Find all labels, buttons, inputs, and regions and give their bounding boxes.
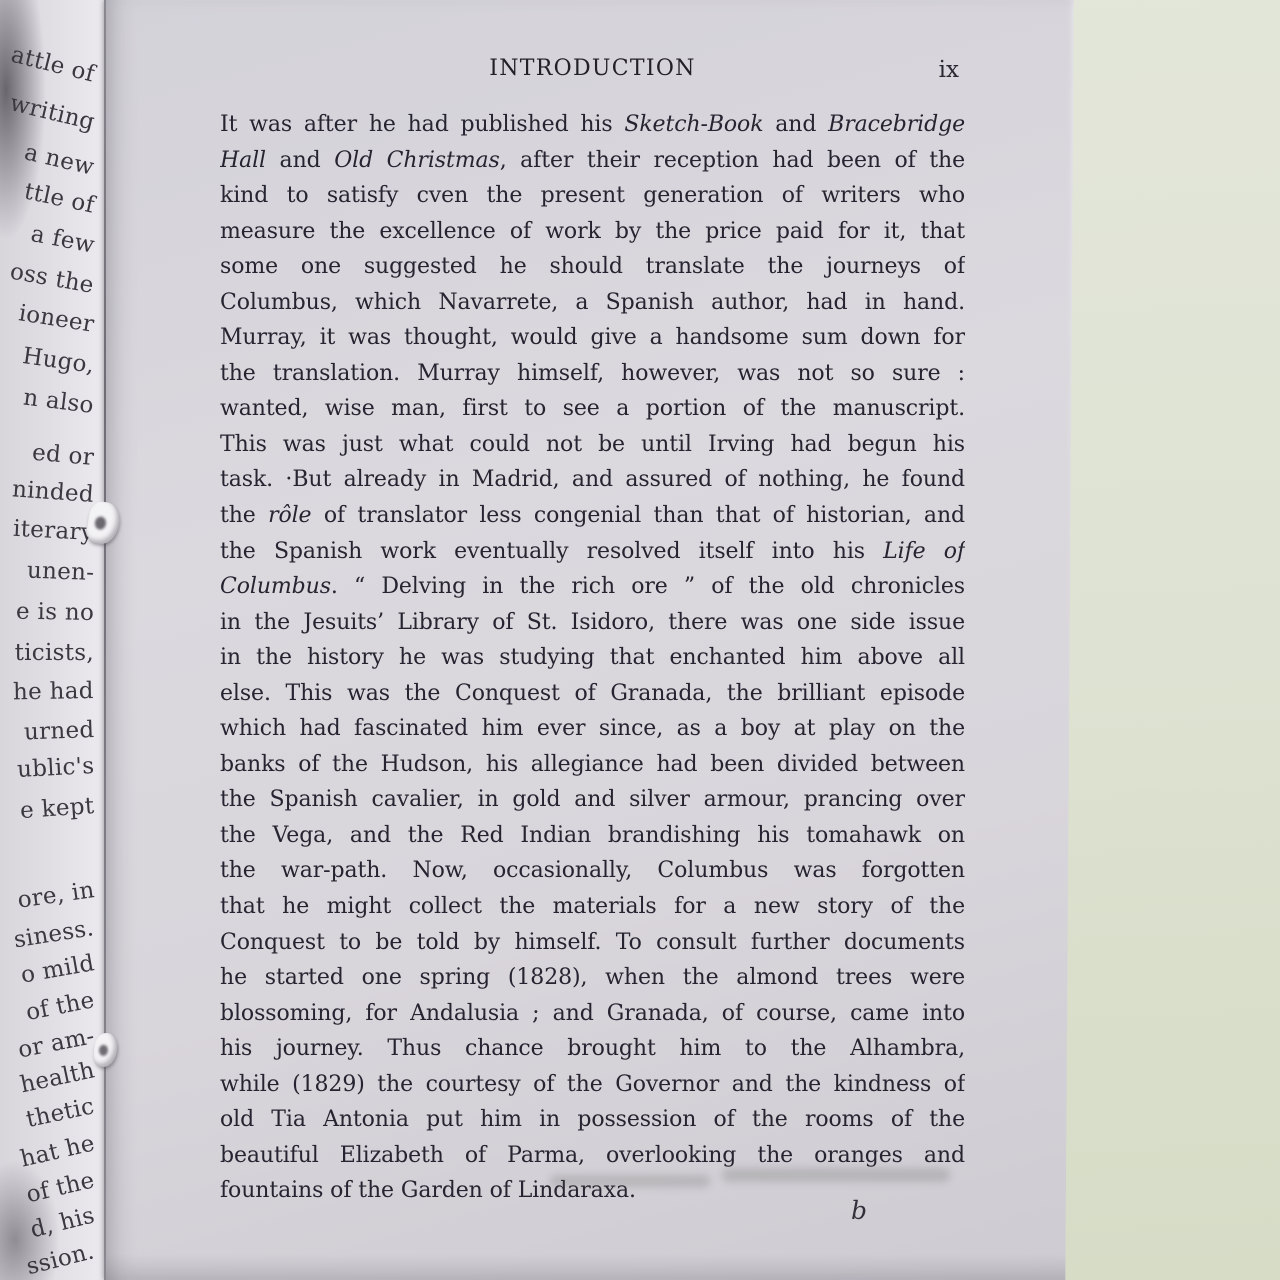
- page-number: ix: [939, 57, 959, 83]
- page-fragment: unen-: [26, 558, 94, 586]
- text-line: in the Jesuits’ Library of St. Isidoro, …: [220, 605, 965, 641]
- page-title: INTRODUCTION: [220, 56, 965, 81]
- text-line: This was just what could not be until Ir…: [220, 427, 965, 463]
- page-fragment: or am-: [16, 1023, 97, 1063]
- text-line: the Spanish work eventually resolved its…: [220, 534, 965, 570]
- page-fragment: ninded: [11, 476, 94, 508]
- text-line: measure the excellence of work by the pr…: [220, 214, 965, 250]
- page-fragment: ore, in: [16, 877, 96, 914]
- text-line: the Spanish cavalier, in gold and silver…: [220, 782, 965, 818]
- page-fragment: Hugo,: [21, 343, 96, 379]
- text-line: else. This was the Conquest of Granada, …: [220, 676, 965, 712]
- text-line: some one suggested he should translate t…: [220, 249, 965, 285]
- page-fragment: ed or: [31, 440, 95, 471]
- text-line: Conquest to be told by himself. To consu…: [220, 925, 965, 961]
- page-fragment: hat he: [18, 1130, 97, 1172]
- page-fragment: he had: [13, 678, 94, 705]
- text-line: It was after he had published his Sketch…: [220, 107, 965, 143]
- page-fragment: a few: [28, 221, 96, 259]
- page-fragment: thetic: [24, 1093, 97, 1133]
- text-line: in the history he was studying that ench…: [220, 640, 965, 676]
- page-fragment: e kept: [19, 793, 95, 824]
- signature-mark: b: [851, 1196, 867, 1225]
- main-page: INTRODUCTION ix It was after he had publ…: [106, 0, 1074, 1280]
- text-line: the translation. Murray himself, however…: [220, 356, 965, 392]
- page-fragment: a new: [22, 139, 97, 180]
- page-fragment: e is no: [16, 599, 95, 626]
- page-fragment: of the: [24, 987, 97, 1026]
- page-fragment: d, his: [28, 1202, 97, 1243]
- body-text: It was after he had published his Sketch…: [220, 107, 965, 1209]
- text-line: Columbus, which Navarrete, a Spanish aut…: [220, 285, 965, 321]
- page-fragment: ssion.: [24, 1238, 97, 1280]
- page-fragment: ublic's: [16, 753, 95, 783]
- text-line: Columbus. “ Delving in the rich ore ” of…: [220, 569, 965, 605]
- text-line: blossoming, for Andalusia ; and Granada,…: [220, 996, 965, 1032]
- text-line: the rôle of translator less congenial th…: [220, 498, 965, 534]
- text-line: his journey. Thus chance brought him to …: [220, 1031, 965, 1067]
- text-line: while (1829) the courtesy of the Governo…: [220, 1067, 965, 1103]
- page-fragment: writing: [7, 90, 97, 135]
- text-line: kind to satisfy cven the present generat…: [220, 178, 965, 214]
- page-fragment: n also: [22, 384, 95, 418]
- text-line: wanted, wise man, first to see a portion…: [220, 391, 965, 427]
- page-fragment: ticists,: [15, 640, 94, 666]
- page-fragment: urned: [23, 717, 94, 745]
- text-line: which had fascinated him ever since, as …: [220, 711, 965, 747]
- text-line: task. ·But already in Madrid, and assure…: [220, 462, 965, 498]
- page-fragment: health: [18, 1057, 97, 1098]
- page-fragment: iterary: [12, 516, 94, 546]
- page-fragment: siness.: [12, 915, 96, 953]
- show-through-smudge: [722, 1168, 950, 1182]
- left-page-edge: attle ofwritinga newttle ofa fewoss thei…: [0, 0, 106, 1280]
- show-through-smudge: [550, 1175, 710, 1187]
- text-line: the Vega, and the Red Indian brandishing…: [220, 818, 965, 854]
- text-line: Hall and Old Christmas, after their rece…: [220, 143, 965, 179]
- page-fragment: ioneer: [17, 300, 96, 338]
- page-fragment: of the: [24, 1167, 97, 1208]
- text-line: banks of the Hudson, his allegiance had …: [220, 747, 965, 783]
- text-line: he started one spring (1828), when the a…: [220, 960, 965, 996]
- page-fragment: attle of: [8, 42, 97, 88]
- page-header: INTRODUCTION ix: [220, 56, 965, 86]
- text-line: Murray, it was thought, would give a han…: [220, 320, 965, 356]
- page-fragment: oss the: [8, 259, 96, 299]
- text-line: the war-path. Now, occasionally, Columbu…: [220, 853, 965, 889]
- page-fragment: o mild: [19, 950, 97, 988]
- text-line: that he might collect the materials for …: [220, 889, 965, 925]
- text-line: old Tia Antonia put him in possession of…: [220, 1102, 965, 1138]
- book-photo: attle ofwritinga newttle ofa fewoss thei…: [0, 0, 1280, 1280]
- page-fragment: ttle of: [22, 178, 97, 218]
